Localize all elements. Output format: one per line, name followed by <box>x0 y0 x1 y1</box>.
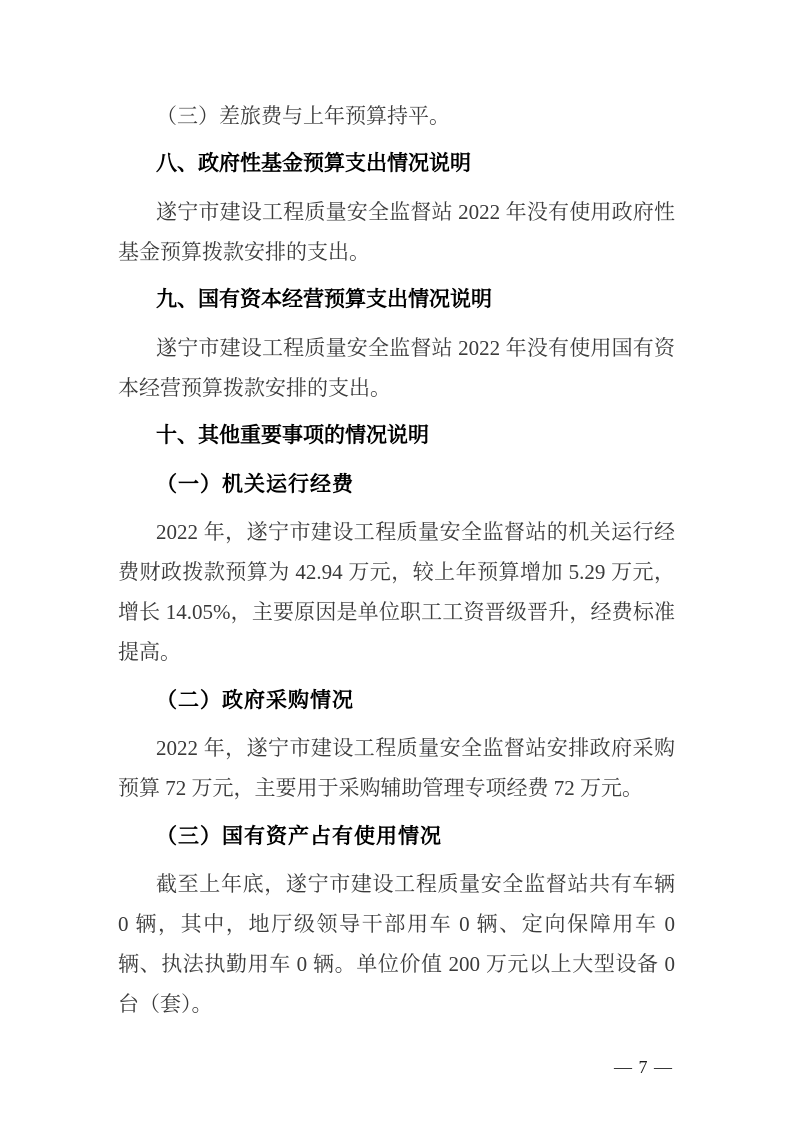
page-number: — 7 — <box>614 1055 673 1079</box>
paragraph-agency-operating-expense: 2022 年，遂宁市建设工程质量安全监督站的机关运行经费财政拨款预算为 42.9… <box>118 512 675 672</box>
heading-section-eight-gov-fund-budget: 八、政府性基金预算支出情况说明 <box>118 144 675 184</box>
paragraph-gov-fund-budget: 遂宁市建设工程质量安全监督站 2022 年没有使用政府性基金预算拨款安排的支出。 <box>118 192 675 272</box>
document-content: （三）差旅费与上年预算持平。 八、政府性基金预算支出情况说明 遂宁市建设工程质量… <box>118 0 675 1024</box>
heading-section-nine-state-capital-budget: 九、国有资本经营预算支出情况说明 <box>118 280 675 320</box>
subheading-government-procurement: （二）政府采购情况 <box>118 680 675 720</box>
subheading-agency-operating-expense: （一）机关运行经费 <box>118 464 675 504</box>
paragraph-travel-expense: （三）差旅费与上年预算持平。 <box>118 96 675 136</box>
paragraph-state-capital-budget: 遂宁市建设工程质量安全监督站 2022 年没有使用国有资本经营预算拨款安排的支出… <box>118 328 675 408</box>
paragraph-government-procurement: 2022 年，遂宁市建设工程质量安全监督站安排政府采购预算 72 万元，主要用于… <box>118 728 675 808</box>
document-page: （三）差旅费与上年预算持平。 八、政府性基金预算支出情况说明 遂宁市建设工程质量… <box>0 0 793 1122</box>
paragraph-state-asset-usage: 截至上年底，遂宁市建设工程质量安全监督站共有车辆 0 辆，其中，地厅级领导干部用… <box>118 864 675 1024</box>
heading-section-ten-other-matters: 十、其他重要事项的情况说明 <box>118 416 675 456</box>
subheading-state-asset-usage: （三）国有资产占有使用情况 <box>118 816 675 856</box>
